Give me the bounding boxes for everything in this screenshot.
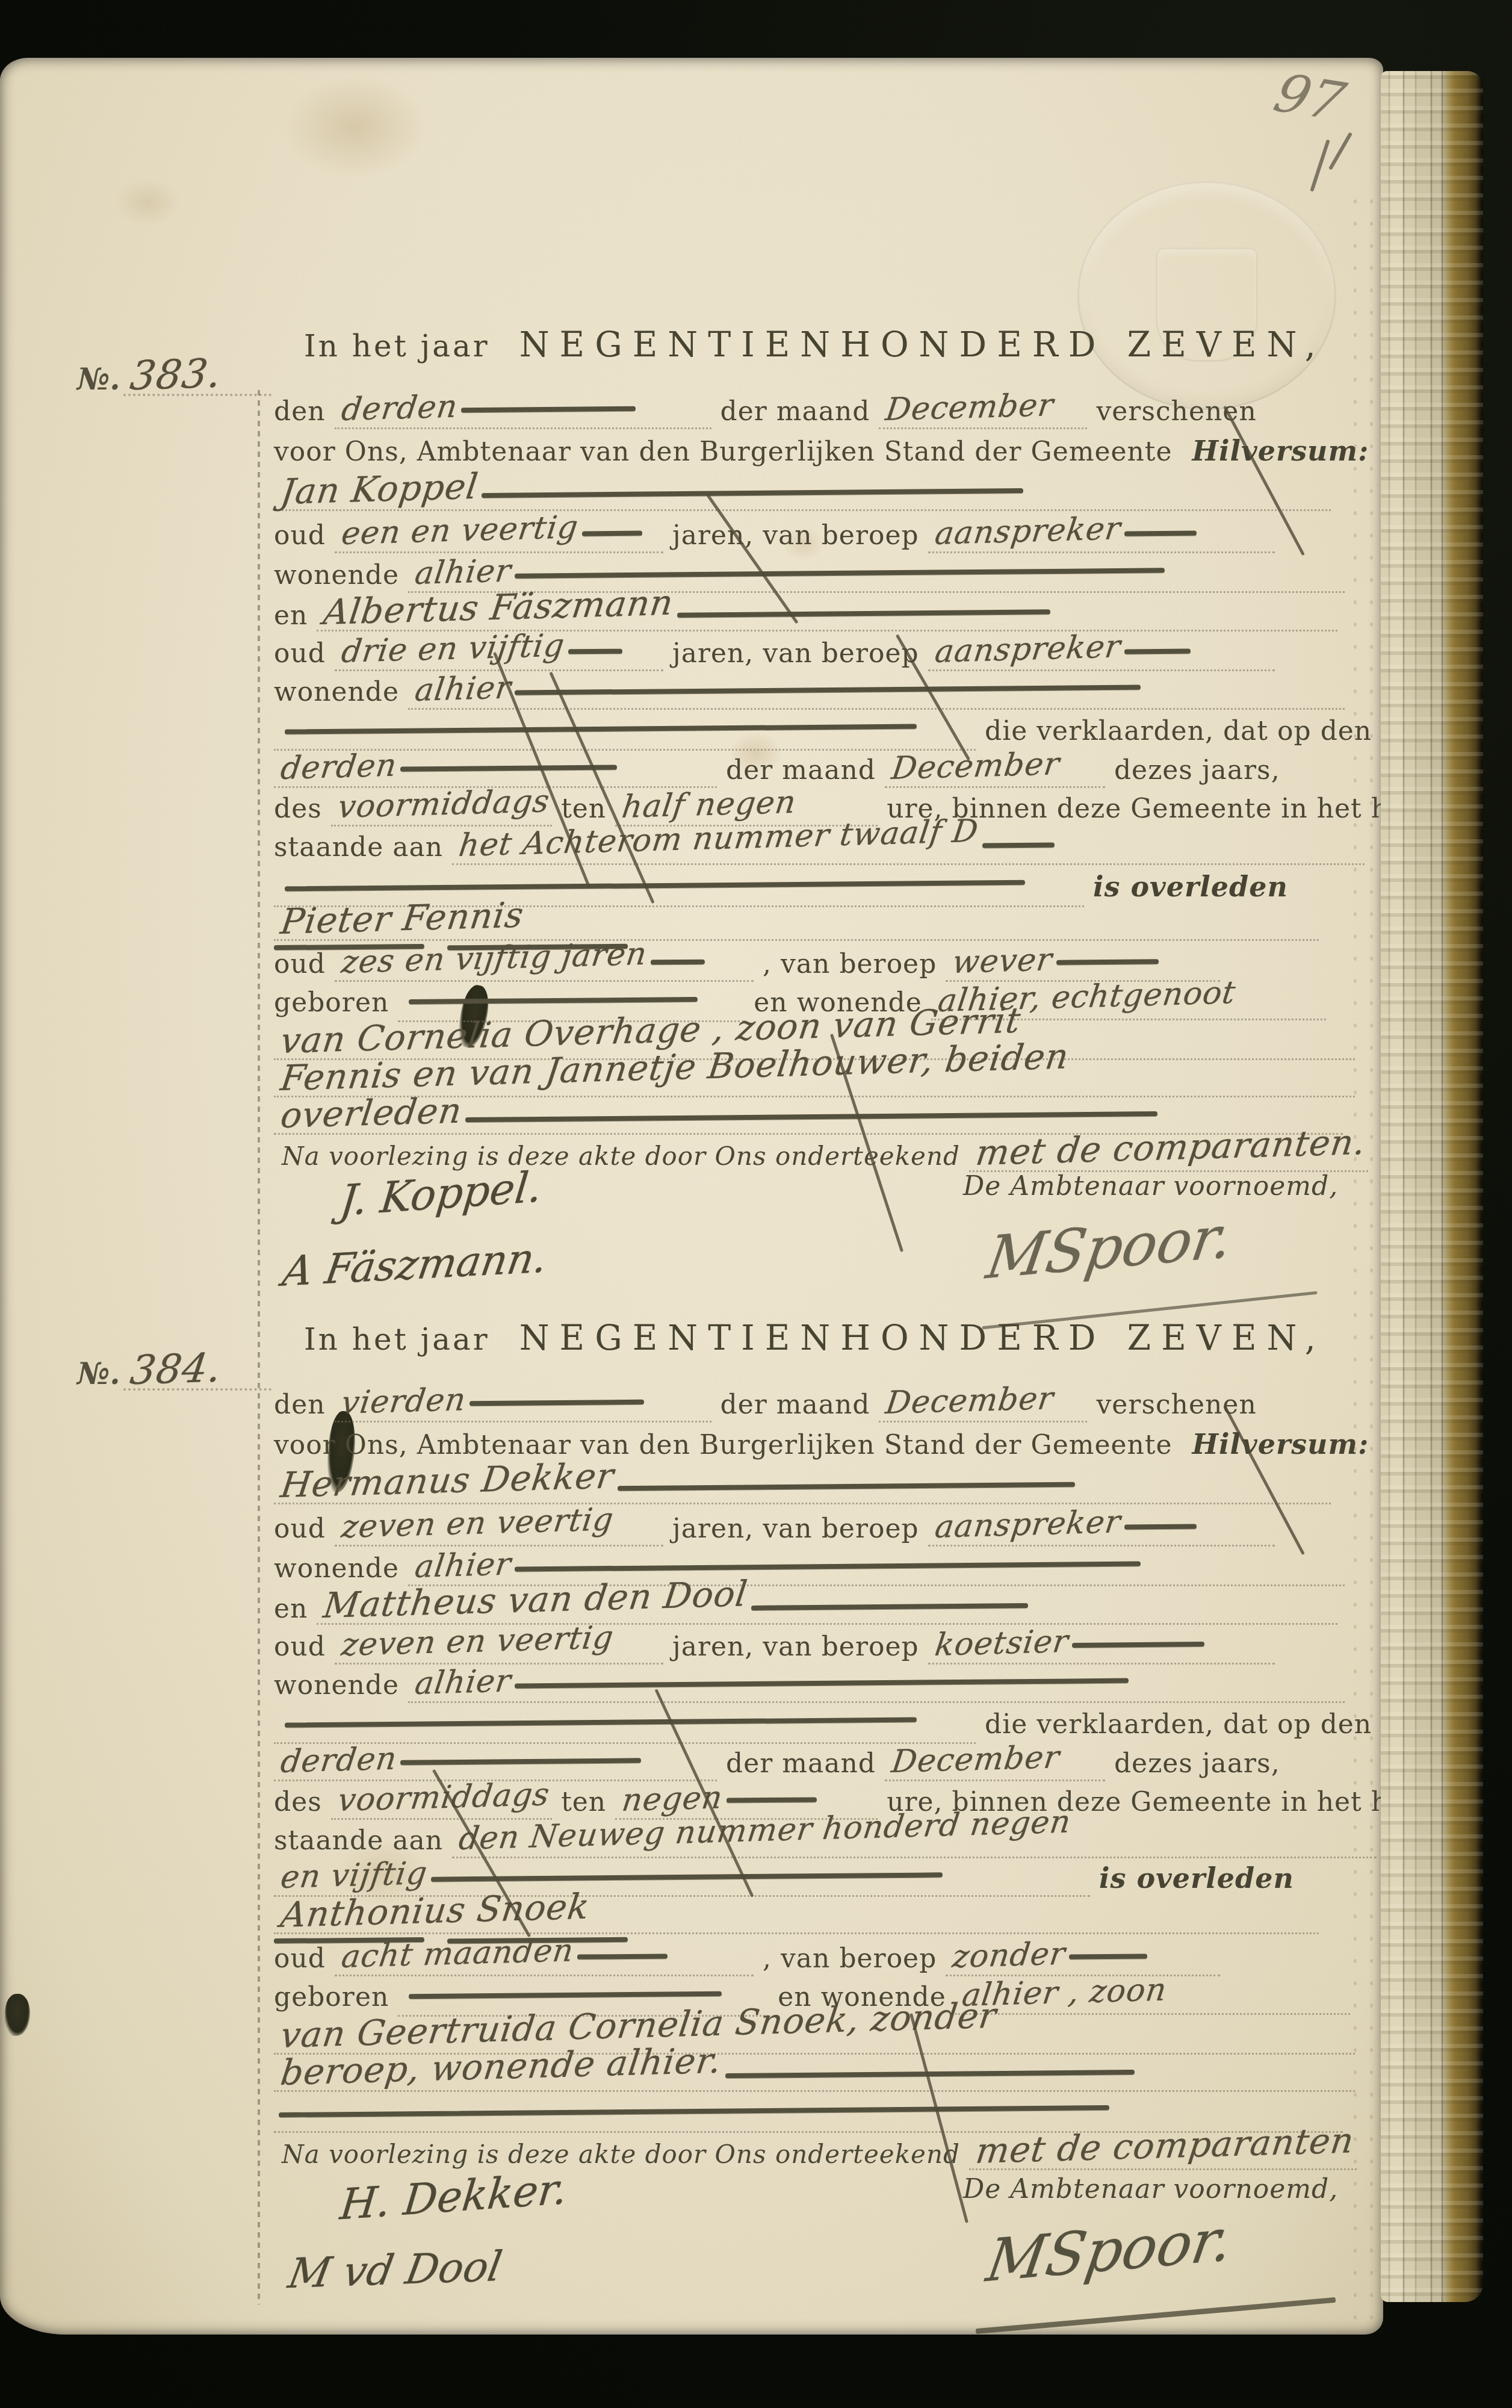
form-line: den derden der maand December verschenen <box>274 393 1257 429</box>
form-line: wonende alhier <box>274 556 1345 593</box>
form-line: oud zes en vijftig jaren , van beroep we… <box>274 945 1220 982</box>
header-year: NEGENTIENHONDERD ZEVEN, <box>519 325 1326 365</box>
act-number-value: 384. <box>128 1351 223 1388</box>
official-signature: MSpoor. <box>982 2205 1237 2295</box>
act-number-384: №. 384. <box>77 1353 271 1391</box>
handwritten-declarant1-name: Hermanus Dekker <box>279 1458 616 1503</box>
form-line: oud acht maanden , van beroep zonder <box>274 1940 1220 1976</box>
handwritten-deceased-age: acht maanden <box>339 1933 576 1975</box>
form-line: wonende alhier <box>274 1550 1345 1586</box>
printed-label: voor Ons, Ambtenaar van den Burgerlijken… <box>274 1430 1173 1460</box>
handwritten-occupation: aanspreker <box>933 511 1123 551</box>
printed-label: der maand <box>720 396 870 427</box>
margin-separator-line <box>258 390 260 2304</box>
form-line: beroep, wonende alhier. <box>274 2055 1355 2094</box>
act-number-value: 383. <box>128 356 223 394</box>
official-signature: MSpoor. <box>982 1202 1237 1292</box>
printed-label: jaren, van beroep <box>672 1631 919 1662</box>
handwritten-month: December <box>884 1381 1056 1421</box>
handwritten-death-month: December <box>890 1740 1062 1780</box>
printed-label: wonende <box>274 1670 399 1701</box>
witness-signature: M vd Dool <box>285 2243 506 2298</box>
handwritten-address-continued: en vijftig <box>279 1856 429 1895</box>
printed-label: jaren, van beroep <box>672 638 919 669</box>
printed-label: De Ambtenaar voornoemd, <box>963 1171 1338 1202</box>
printed-label: geboren <box>274 1982 389 2012</box>
printed-label: die verklaarden, dat op den <box>985 716 1372 746</box>
printed-label: die verklaarden, dat op den <box>985 1709 1372 1740</box>
printed-label: der maand <box>726 1748 876 1779</box>
printed-label: geboren <box>274 987 389 1018</box>
header-intro: In het jaar <box>304 1322 490 1357</box>
form-line: staande aan den Neuweg nummer honderd ne… <box>274 1822 1377 1858</box>
form-line: oud zeven en veertig jaren, van beroep k… <box>274 1628 1275 1665</box>
document-page: №. 383. In het jaar NEGENTIENHONDERD ZEV… <box>0 58 1383 2335</box>
handwritten-occupation: aanspreker <box>933 629 1123 669</box>
printed-label: des <box>274 793 322 824</box>
printed-label: en <box>274 600 308 631</box>
header-year: NEGENTIENHONDERD ZEVEN, <box>519 1318 1326 1358</box>
printed-label: , van beroep <box>763 1943 937 1974</box>
printed-label: staande aan <box>274 1825 443 1856</box>
handwritten-age: zeven en veertig <box>339 1502 616 1545</box>
header-line: In het jaar NEGENTIENHONDERD ZEVEN, <box>304 327 1326 365</box>
handwritten-deceased-occupation: wever <box>950 942 1055 980</box>
handwritten-month: December <box>884 388 1056 427</box>
header-line: In het jaar NEGENTIENHONDERD ZEVEN, <box>304 1321 1326 1359</box>
stain <box>283 76 427 178</box>
printed-label: staande aan <box>274 832 443 863</box>
printed-label: is overleden <box>1099 1862 1294 1894</box>
form-line: Na voorlezing is deze akte door Ons onde… <box>282 1135 1368 1174</box>
form-line: oud een en veertig jaren, van beroep aan… <box>274 517 1275 553</box>
form-line: oud drie en vijftig jaren, van beroep aa… <box>274 635 1275 671</box>
handwritten-day: derden <box>339 389 460 427</box>
pencil-scribble <box>1318 138 1322 193</box>
handwritten-death-day: derden <box>279 1741 399 1780</box>
form-line: die verklaarden, dat op den <box>274 1707 1372 1744</box>
handwritten-daypart: voormiddags <box>336 784 552 825</box>
handwritten-day: vierden <box>339 1382 468 1421</box>
handwritten-declarant2-name: Albertus Fäszmann <box>321 585 675 630</box>
handwritten-residence: alhier <box>413 1547 513 1584</box>
handwritten-death-day: derden <box>279 748 399 786</box>
official-title: De Ambtenaar voornoemd, <box>963 2172 1338 2207</box>
form-line: Na voorlezing is deze akte door Ons onde… <box>282 2133 1357 2172</box>
handwritten-residence: alhier <box>413 1663 513 1701</box>
handwritten-occupation: aanspreker <box>933 1504 1123 1545</box>
ink-flourish <box>976 2297 1336 2334</box>
printed-label: oud <box>274 1943 326 1974</box>
printed-label: ten <box>561 1787 606 1817</box>
foxing-speckles <box>1347 190 1378 2333</box>
handwritten-deceased-occupation: zonder <box>950 1937 1068 1975</box>
handwritten-daypart: voormiddags <box>336 1777 552 1818</box>
stain <box>114 178 181 226</box>
form-line: staande aan het Achterom nummer twaalf D <box>274 828 1365 865</box>
printed-label: oud <box>274 1513 326 1544</box>
printed-label: dezes jaars, <box>1114 1748 1280 1779</box>
no-label: №. <box>77 361 120 397</box>
form-line: voor Ons, Ambtenaar van den Burgerlijken… <box>274 1427 1369 1463</box>
handwritten-hour: negen <box>620 1780 725 1818</box>
act-number-383: №. 383. <box>77 359 271 397</box>
witness-signature: H. Dekker. <box>338 2164 569 2229</box>
handwritten-age: drie en vijftig <box>339 628 566 669</box>
printed-label: jaren, van beroep <box>672 1513 919 1544</box>
printed-label: voor Ons, Ambtenaar van den Burgerlijken… <box>274 436 1173 467</box>
municipality-name: Hilversum: <box>1192 1428 1369 1460</box>
handwritten-closing: met de comparanten. <box>974 1125 1368 1170</box>
handwritten-age: een en veertig <box>339 510 580 551</box>
printed-label: ten <box>561 793 606 824</box>
handwritten-deceased-age: zes en vijftig jaren <box>339 937 649 980</box>
form-line: Hermanus Dekker <box>274 1468 1331 1506</box>
form-line: voor Ons, Ambtenaar van den Burgerlijken… <box>274 433 1369 470</box>
form-line: derden der maand December dezes jaars, <box>274 1745 1280 1781</box>
handwritten-declarant1-name: Jan Koppel <box>279 469 480 509</box>
form-line: oud zeven en veertig jaren, van beroep a… <box>274 1510 1275 1547</box>
ink-blot <box>5 1994 30 2036</box>
handwritten-death-month: December <box>890 746 1062 786</box>
printed-label: , van beroep <box>763 949 937 979</box>
header-intro: In het jaar <box>304 329 490 364</box>
printed-label: jaren, van beroep <box>672 520 919 551</box>
printed-label: der maand <box>720 1389 870 1420</box>
form-line: wonende alhier <box>274 673 1345 710</box>
form-line: wonende alhier <box>274 1666 1345 1703</box>
printed-label: wonende <box>274 1553 399 1584</box>
handwritten-occupation: koetsier <box>933 1624 1071 1663</box>
handwritten-closing: met de comparanten <box>974 2123 1356 2168</box>
scan-background: №. 383. In het jaar NEGENTIENHONDERD ZEV… <box>0 0 1512 2408</box>
no-label: №. <box>77 1356 120 1391</box>
official-title: De Ambtenaar voornoemd, <box>963 1169 1338 1204</box>
form-line: derden der maand December dezes jaars, <box>274 751 1280 788</box>
form-line: en Mattheus van den Dool <box>274 1588 1337 1627</box>
handwritten-family-line: overleden <box>279 1093 464 1133</box>
printed-label: der maand <box>726 755 876 786</box>
printed-label: De Ambtenaar voornoemd, <box>963 2174 1338 2205</box>
form-line: den vierden der maand December verschene… <box>274 1386 1257 1423</box>
printed-label: oud <box>274 1631 326 1662</box>
printed-label: oud <box>274 638 326 669</box>
printed-label: oud <box>274 949 326 979</box>
witness-signature: A Fäszmann. <box>279 1234 551 1296</box>
handwritten-residence: alhier <box>413 670 513 708</box>
handwritten-declarant2-name: Mattheus van den Dool <box>321 1576 749 1623</box>
printed-label: en <box>274 1593 308 1624</box>
printed-label: oud <box>274 520 326 551</box>
book-page-edges <box>1381 71 1483 2302</box>
municipality-name: Hilversum: <box>1192 435 1369 467</box>
handwritten-family-line: beroep, wonende alhier. <box>279 2043 723 2090</box>
form-line: die verklaarden, dat op den <box>274 714 1372 751</box>
printed-label: des <box>274 1787 322 1817</box>
handwritten-residence: alhier <box>413 553 513 591</box>
printed-label: wonende <box>274 560 399 591</box>
printed-label: den <box>274 1389 326 1420</box>
printed-label: den <box>274 396 326 427</box>
printed-label: is overleden <box>1093 870 1288 903</box>
embossed-seal <box>1077 181 1336 410</box>
printed-label: Na voorlezing is deze akte door Ons onde… <box>282 1141 960 1171</box>
form-line: en Albertus Fäszmann <box>274 595 1337 633</box>
handwritten-age: zeven en veertig <box>339 1620 616 1663</box>
printed-label: dezes jaars, <box>1114 755 1280 786</box>
printed-label: verschenen <box>1096 1389 1256 1420</box>
form-line: Jan Koppel <box>274 474 1331 513</box>
printed-label: wonende <box>274 677 399 707</box>
printed-label: Na voorlezing is deze akte door Ons onde… <box>282 2140 960 2169</box>
